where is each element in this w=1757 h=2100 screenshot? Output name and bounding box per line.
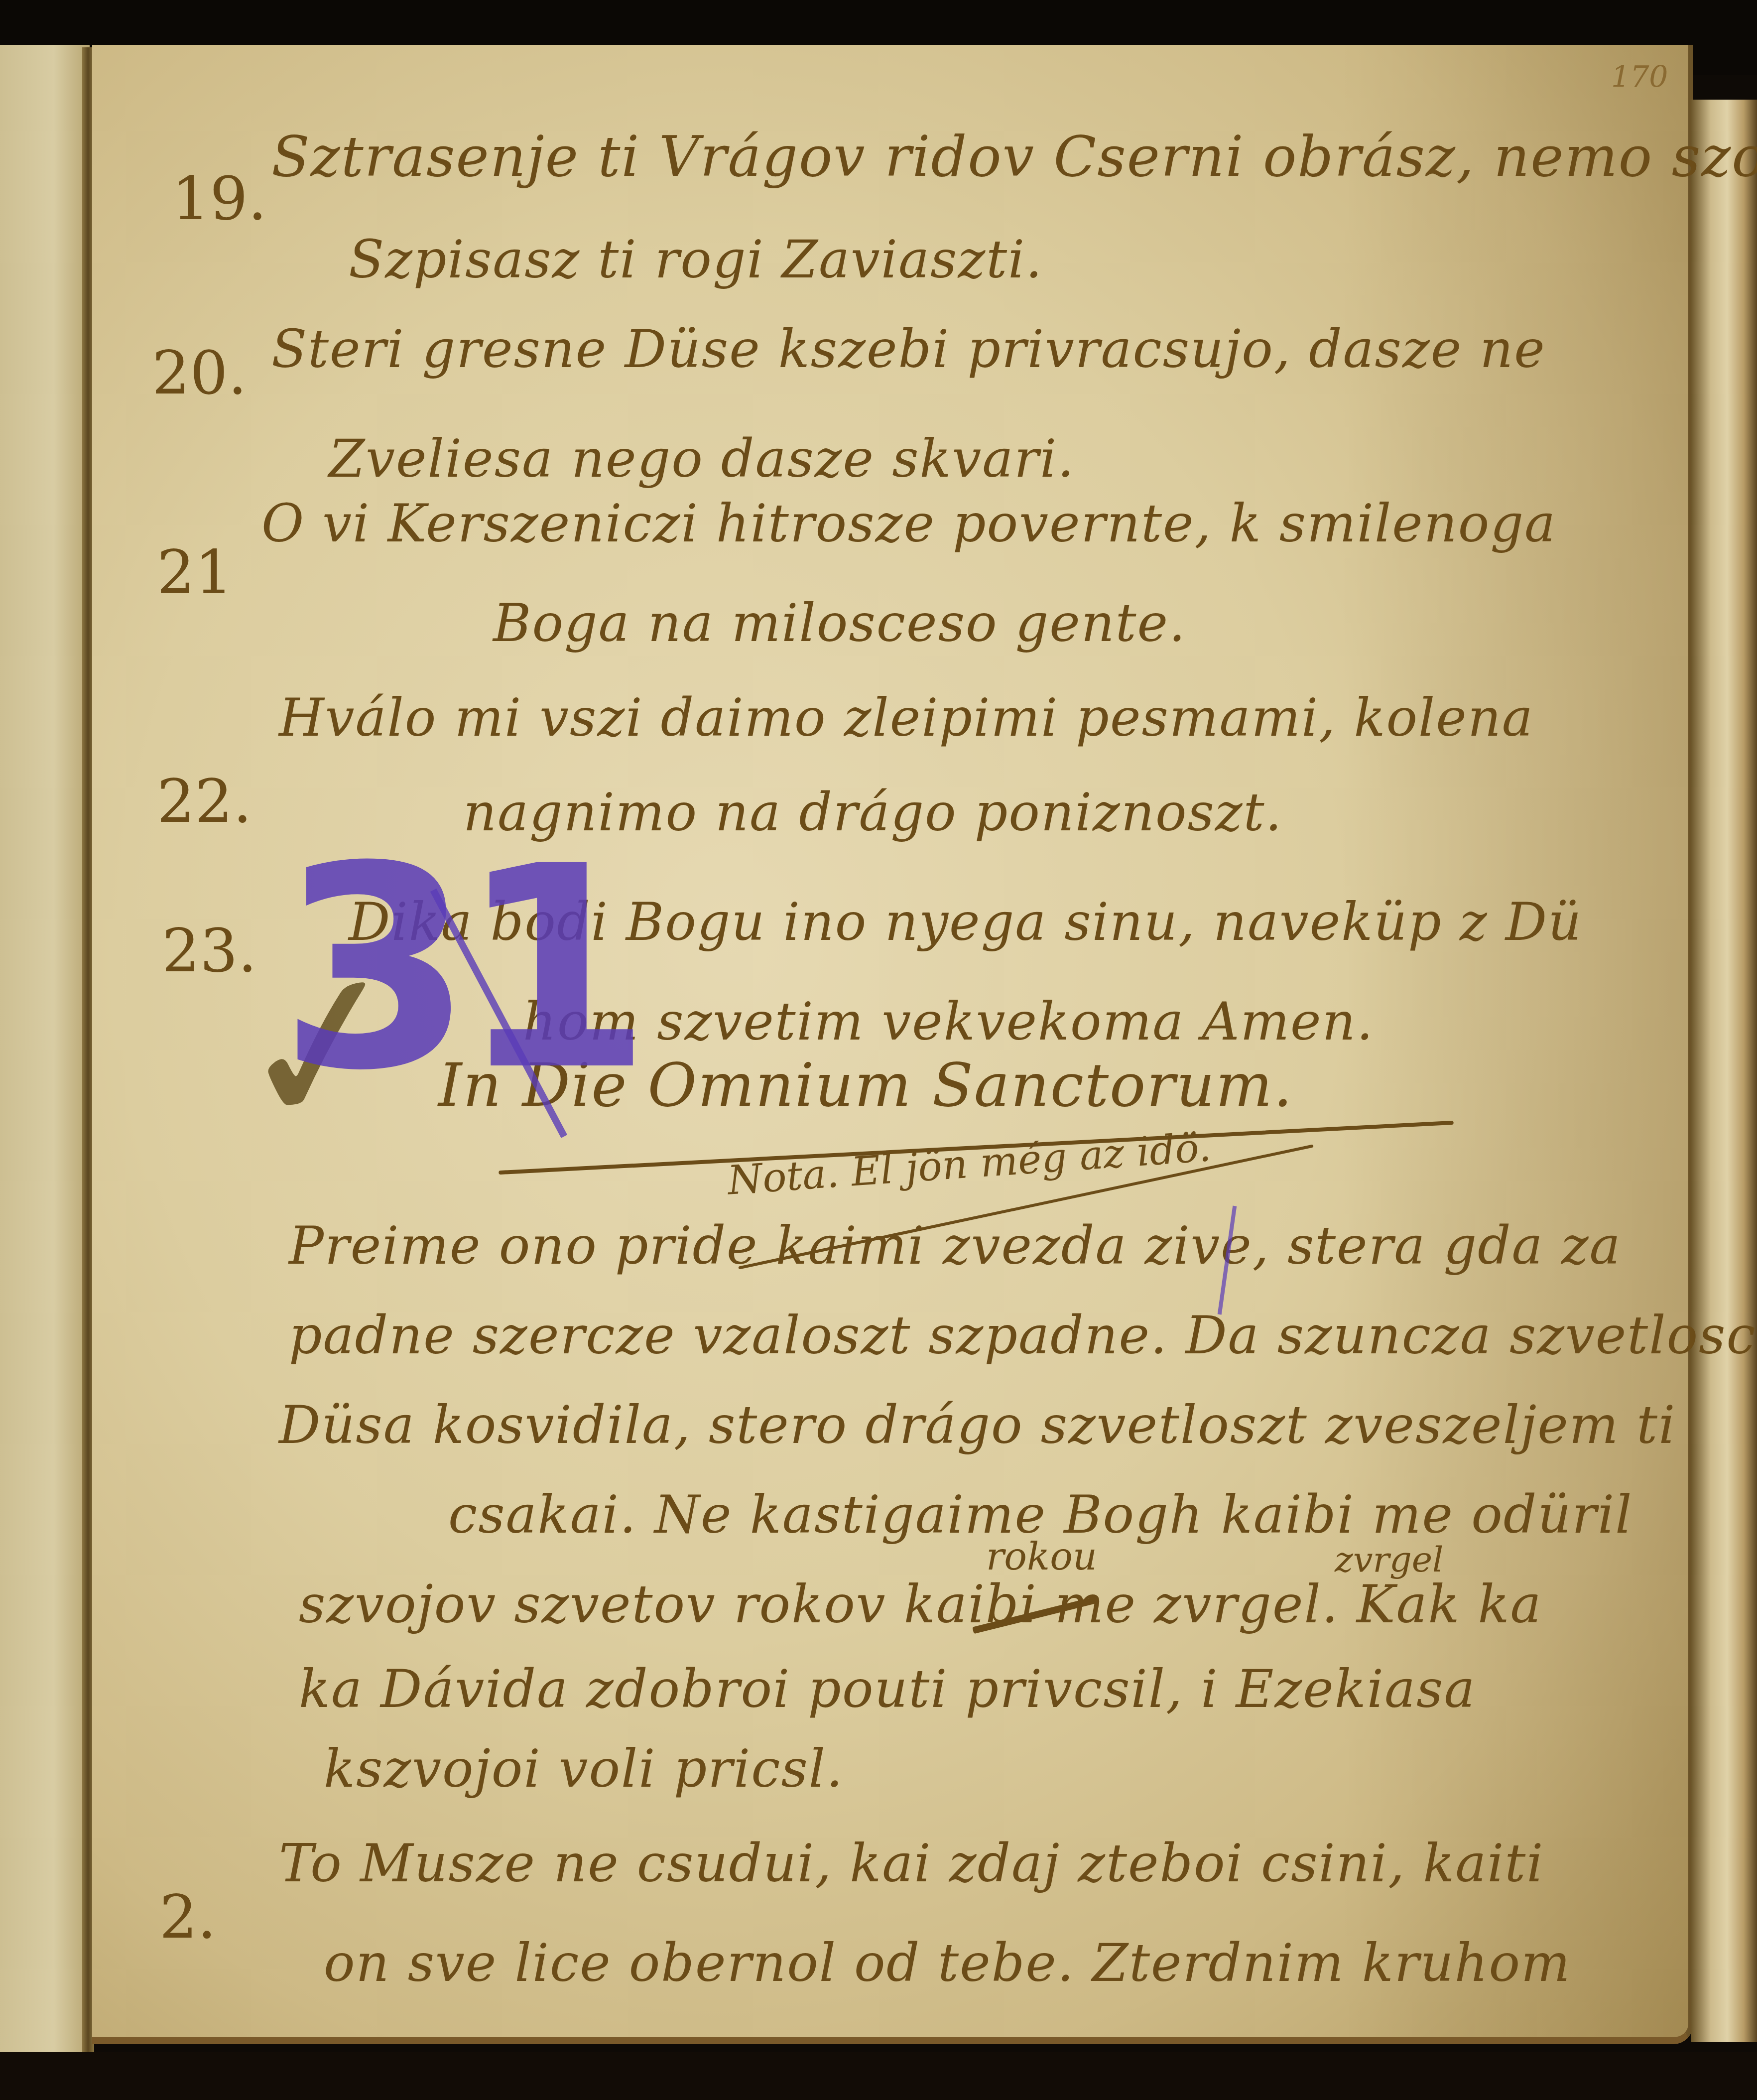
left-page-edge xyxy=(0,45,90,2100)
stanza-line: hom szvetim vekvekoma Amen. xyxy=(523,991,1374,1052)
hymn-line: on sve lice obernol od tebe. Zterdnim kr… xyxy=(324,1933,1571,1993)
stanza-line: Sztrasenje ti Vrágov ridov Cserni obrász… xyxy=(271,125,1757,189)
hymn-line: szvojov szvetov rokov kaibi me zvrgel. K… xyxy=(299,1574,1542,1635)
hymn-line: padne szercze vzaloszt szpadne. Da szunc… xyxy=(289,1305,1757,1366)
page-corner-number: 170 xyxy=(1611,60,1668,95)
archive-number-stamp: 31 xyxy=(279,807,637,1132)
stanza-number: 22. xyxy=(157,767,252,836)
correction-text: rokou xyxy=(986,1534,1097,1578)
hymn-line: Düsa kosvidila, stero drágo szvetloszt z… xyxy=(279,1395,1676,1455)
manuscript-photo: 170 19. Sztrasenje ti Vrágov ridov Csern… xyxy=(0,0,1757,2100)
hymn-line: Preime ono pride kaimi zvezda zive, ster… xyxy=(289,1215,1621,1276)
stanza-line: Szpisasz ti rogi Zaviaszti. xyxy=(349,229,1043,290)
hymn-line: ka Dávida zdobroi pouti privcsil, i Ezek… xyxy=(299,1659,1476,1719)
stanza-number: 20. xyxy=(152,339,247,408)
page-fore-edge xyxy=(1691,100,1757,2042)
stanza-line: Hválo mi vszi daimo zleipimi pesmami, ko… xyxy=(279,687,1534,748)
hymn-line: kszvojoi voli pricsl. xyxy=(324,1738,844,1799)
stanza-line: Steri gresne Düse kszebi privracsujo, da… xyxy=(271,319,1546,380)
stanza-number: 21 xyxy=(157,538,233,607)
stanza-number: 19. xyxy=(172,164,267,234)
stanza-line: Boga na milosceso gente. xyxy=(493,593,1186,654)
hymn-line: To Musze ne csudui, kai zdaj zteboi csin… xyxy=(279,1833,1544,1894)
background-bottom xyxy=(0,2052,1757,2100)
stanza-line: O vi Kerszeniczi hitrosze povernte, k sm… xyxy=(261,493,1556,554)
stanza-line: Zveliesa nego dasze skvari. xyxy=(329,428,1075,489)
hymn-number: 2. xyxy=(159,1883,217,1952)
